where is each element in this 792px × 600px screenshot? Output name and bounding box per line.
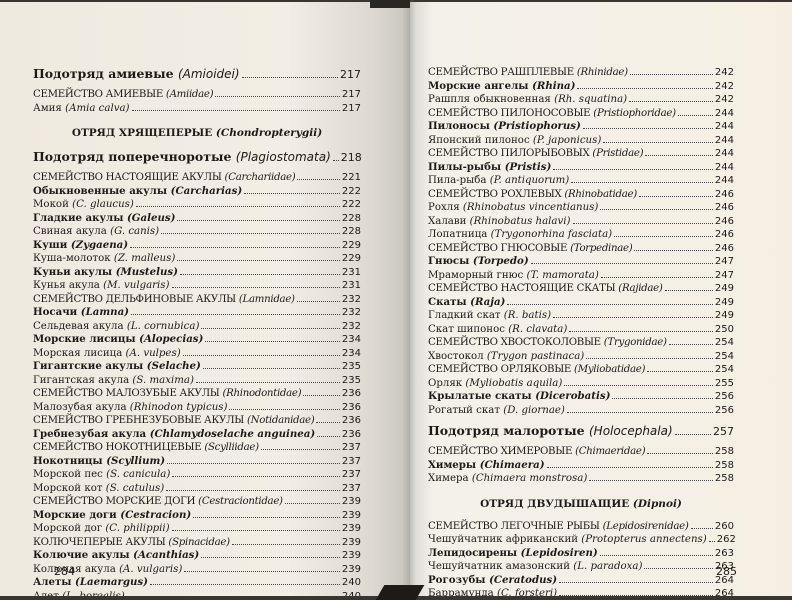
entry-page: 249	[715, 282, 734, 296]
entry-ru: СЕМЕЙСТВО РАШПЛЕВЫЕ	[428, 67, 574, 78]
entry-title: Морской пес (S. canicula)	[33, 468, 170, 482]
entry-title: Куша-молоток (Z. malleus)	[33, 252, 175, 266]
entry-ru: Морской дог	[33, 523, 102, 534]
toc-entry-genus[interactable]: Нокотницы (Scyllium)237	[33, 455, 361, 469]
entry-title: СЕМЕЙСТВО ГНЮСОВЫЕ (Torpedinae)	[428, 242, 632, 256]
entry-title: Малозубая акула (Rhinodon typicus)	[33, 401, 227, 415]
toc-entry-genus[interactable]: Морские доги (Cestracion)239	[33, 509, 361, 523]
toc-entry-genus[interactable]: Лепидосирены (Lepidosiren)263	[428, 547, 734, 561]
entry-ru: Японский пилонос	[428, 135, 530, 146]
entry-title: Чешуйчатник африканский (Protopterus ann…	[428, 533, 707, 547]
entry-ru: СЕМЕЙСТВО РОХЛЕВЫХ	[428, 189, 561, 200]
toc-entry-suborder[interactable]: Подотряд амиевые (Amioidei)217	[33, 66, 361, 83]
entry-lat: (D. giornae)	[503, 405, 565, 416]
entry-lat: (Amia calva)	[65, 103, 129, 114]
entry-ru: Морской кот	[33, 483, 102, 494]
entry-lat: (Cestracion)	[120, 509, 191, 521]
entry-lat: (Notidanidae)	[247, 415, 315, 426]
leader-dots	[232, 543, 340, 545]
entry-page: 240	[342, 590, 361, 597]
entry-lat: (Zygaena)	[71, 239, 128, 251]
leader-dots	[201, 556, 340, 558]
entry-page: 260	[715, 520, 734, 534]
entry-ru: Морской пес	[33, 469, 103, 480]
toc-entry-suborder[interactable]: Подотряд поперечноротые (Plagiostomata)2…	[33, 149, 361, 166]
entry-ru: Гладкий скат	[428, 310, 501, 321]
order-ru: ОТРЯД ХРЯЩЕПЕРЫЕ	[72, 127, 212, 139]
toc-entry-genus[interactable]: Рогозубы (Ceratodus)264	[428, 574, 734, 588]
toc-entry-genus[interactable]: Гнюсы (Torpedo)247	[428, 255, 734, 269]
entry-lat: (T. mamorata)	[526, 270, 598, 281]
entry-page: 255	[715, 377, 734, 391]
entry-ru: Алет	[33, 591, 59, 597]
toc-entry-genus[interactable]: Алеты (Laemargus)240	[33, 576, 361, 590]
page-number-left: 284	[54, 565, 75, 578]
entry-lat: (Raja)	[470, 296, 505, 308]
leader-dots	[196, 381, 340, 383]
entry-page: 235	[342, 374, 361, 388]
toc-entry-family[interactable]: СЕМЕЙСТВО ЛЕГОЧНЫЕ РЫБЫ (Lepidosirenidae…	[428, 520, 734, 534]
toc-entry-family[interactable]: СЕМЕЙСТВО НАСТОЯЩИЕ АКУЛЫ (Carchariidae)…	[33, 171, 361, 185]
toc-entry-species[interactable]: Мраморный гнюс (T. mamorata)247	[428, 269, 734, 283]
toc-entry-species[interactable]: Японский пилонос (P. japonicus)244	[428, 134, 734, 148]
leader-dots	[317, 435, 340, 437]
entry-title: Подотряд малоротые (Holocephala)	[428, 423, 673, 439]
entry-title: СЕМЕЙСТВО ХИМЕРОВЫЕ (Chimaeridae)	[428, 445, 645, 459]
entry-page: 239	[342, 563, 361, 577]
toc-entry-species[interactable]: Колючая акула (A. vulgaris)239	[33, 563, 361, 577]
entry-page: 254	[715, 363, 734, 377]
entry-title: СЕМЕЙСТВО АМИЕВЫЕ (Amiidae)	[33, 88, 213, 102]
leader-dots	[564, 384, 713, 386]
entry-ru: Мраморный гнюс	[428, 270, 523, 281]
toc-entry-genus[interactable]: Обыкновенные акулы (Carcharias)222	[33, 185, 361, 199]
entry-page: 229	[342, 252, 361, 266]
toc-entry-genus[interactable]: Морские лисицы (Alopecias)234	[33, 333, 361, 347]
leader-dots	[205, 340, 340, 342]
entry-lat: (Mustelus)	[116, 266, 178, 278]
entry-page: 218	[341, 150, 362, 166]
toc-entry-suborder[interactable]: Подотряд малоротые (Holocephala)257	[428, 423, 734, 440]
toc-entry-genus[interactable]: Скаты (Raja)249	[428, 296, 734, 310]
toc-entry-family[interactable]: СЕМЕЙСТВО МОРСКИЕ ДОГИ (Cestraciontidae)…	[33, 495, 361, 509]
entry-page: 221	[342, 171, 361, 185]
toc-entry-family[interactable]: СЕМЕЙСТВО ХВОСТОКОЛОВЫЕ (Trygonidae)254	[428, 336, 734, 350]
leader-dots	[172, 529, 340, 531]
leader-dots	[675, 433, 711, 435]
entry-ru: Гребнезубая акула	[33, 428, 146, 440]
entry-title: Чешуйчатник амазонский (L. paradoxa)	[428, 560, 642, 574]
entry-title: СЕМЕЙСТВО НАСТОЯЩИЕ СКАТЫ (Rajidae)	[428, 282, 663, 296]
entry-title: Пилоносы (Pristiophorus)	[428, 120, 581, 134]
entry-page: 239	[342, 522, 361, 536]
toc-entry-species[interactable]: Амия (Amia calva)217	[33, 102, 361, 116]
entry-ru: СЕМЕЙСТВО ГРЕБНЕЗУБОВЫЕ АКУЛЫ	[33, 415, 244, 426]
toc-entry-species[interactable]: Морской кот (S. catulus)237	[33, 482, 361, 496]
toc-entry-genus[interactable]: Крылатые скаты (Dicerobatis)256	[428, 390, 734, 404]
entry-title: Гладкий скат (R. batis)	[428, 309, 551, 323]
entry-ru: Морские ангелы	[428, 80, 529, 92]
leader-dots	[630, 73, 713, 75]
entry-ru: Крылатые скаты	[428, 390, 532, 402]
leader-dots	[665, 289, 713, 291]
toc-entry-species[interactable]: Гигантская акула (S. maxima)235	[33, 374, 361, 388]
toc-entry-species[interactable]: Чешуйчатник амазонский (L. paradoxa)263	[428, 560, 734, 574]
toc-entry-family[interactable]: СЕМЕЙСТВО РОХЛЕВЫХ (Rhinobatidae)246	[428, 188, 734, 202]
toc-entry-species[interactable]: Химера (Chimaera monstrosa)258	[428, 472, 734, 486]
entry-lat: (Chimaeridae)	[575, 446, 645, 457]
entry-page: 247	[715, 255, 734, 269]
leader-dots	[634, 249, 712, 251]
entry-page: 232	[342, 306, 361, 320]
entry-title: Мраморный гнюс (T. mamorata)	[428, 269, 599, 283]
entry-title: Орляк (Myliobatis aquila)	[428, 377, 562, 391]
leader-dots	[553, 168, 713, 170]
entry-lat: (G. canis)	[110, 226, 159, 237]
entry-title: Рогатый скат (D. giornae)	[428, 404, 565, 418]
toc-entry-species[interactable]: Чешуйчатник африканский (Protopterus ann…	[428, 533, 734, 547]
entry-ru: Колючие акулы	[33, 549, 130, 561]
toc-entry-species[interactable]: Рашпля обыкновенная (Rh. squatina)242	[428, 93, 734, 107]
entry-lat: (P. japonicus)	[533, 135, 601, 146]
entry-title: СЕМЕЙСТВО ДЕЛЬФИНОВЫЕ АКУЛЫ (Lamnidae)	[33, 293, 295, 307]
entry-lat: (Trygonorhina fasciata)	[491, 229, 613, 240]
toc-entry-species[interactable]: Морской дог (C. philippii)239	[33, 522, 361, 536]
entry-lat: (Galeus)	[127, 212, 175, 224]
toc-entry-species[interactable]: Орляк (Myliobatis aquila)255	[428, 377, 734, 391]
toc-order-heading: ОТРЯД ДВУДЫШАЩИЕ (Dipnoi)	[428, 498, 734, 510]
entry-page: 244	[715, 134, 734, 148]
entry-title: Морская лисица (A. vulpes)	[33, 347, 181, 361]
entry-lat: (Chlamydoselache anguinea)	[150, 428, 315, 440]
entry-title: СЕМЕЙСТВО ПИЛОНОСОВЫЕ (Pristiophoridae)	[428, 107, 676, 121]
toc-entry-species[interactable]: Сельдевая акула (L. cornubica)232	[33, 320, 361, 334]
entry-page: 247	[715, 269, 734, 283]
entry-page: 217	[342, 102, 361, 116]
leader-dots	[180, 273, 340, 275]
entry-ru: СЕМЕЙСТВО ХВОСТОКОЛОВЫЕ	[428, 337, 601, 348]
leader-dots	[184, 570, 340, 572]
entry-page: 234	[342, 333, 361, 347]
entry-ru: Пилоносы	[428, 120, 490, 132]
toc-entry-species[interactable]: Куша-молоток (Z. malleus)229	[33, 252, 361, 266]
toc-entry-species[interactable]: Лопатница (Trygonorhina fasciata)246	[428, 228, 734, 242]
toc-entry-genus[interactable]: Пилоносы (Pristiophorus)244	[428, 120, 734, 134]
entry-title: Лепидосирены (Lepidosiren)	[428, 547, 598, 561]
entry-lat: (Amioidei)	[178, 67, 240, 81]
entry-lat: (Lepidosiren)	[521, 547, 598, 559]
toc-entry-genus[interactable]: Гребнезубая акула (Chlamydoselache angui…	[33, 428, 361, 442]
entry-title: Пилы-рыбы (Pristis)	[428, 161, 551, 175]
entry-title: Гребнезубая акула (Chlamydoselache angui…	[33, 428, 315, 442]
entry-title: Халави (Rhinobatus halavi)	[428, 215, 571, 229]
toc-entry-species[interactable]: Кунья акула (M. vulgaris)231	[33, 279, 361, 293]
toc-entry-species[interactable]: Рохля (Rhinobatus vincentianus)246	[428, 201, 734, 215]
entry-ru: СЕМЕЙСТВО ПИЛОРЫБОВЫХ	[428, 148, 589, 159]
leader-dots	[297, 178, 340, 180]
entry-ru: СЕМЕЙСТВО НАСТОЯЩИЕ АКУЛЫ	[33, 172, 222, 183]
leader-dots	[614, 235, 713, 237]
entry-lat: (Myliobatidae)	[574, 364, 645, 375]
entry-ru: СЕМЕЙСТВО НОКОТНИЦЕВЫЕ	[33, 442, 201, 453]
entry-lat: (Pristidae)	[592, 148, 643, 159]
entry-page: 244	[715, 147, 734, 161]
leader-dots	[589, 479, 713, 481]
toc-entry-species[interactable]: Халави (Rhinobatus halavi)246	[428, 215, 734, 229]
entry-lat: (S. maxima)	[132, 375, 194, 386]
toc-entry-genus[interactable]: Морские ангелы (Rhina)242	[428, 80, 734, 94]
toc-entry-genus[interactable]: Носачи (Lamna)232	[33, 306, 361, 320]
toc-entry-species[interactable]: Мокой (C. glaucus)222	[33, 198, 361, 212]
leader-dots	[583, 127, 713, 129]
toc-entry-family[interactable]: СЕМЕЙСТВО ХИМЕРОВЫЕ (Chimaeridae)258	[428, 445, 734, 459]
entry-title: СЕМЕЙСТВО РОХЛЕВЫХ (Rhinobatidae)	[428, 188, 637, 202]
entry-ru: Лопатница	[428, 229, 487, 240]
toc-entry-species[interactable]: Баррамунда (C. forsteri)264	[428, 587, 734, 596]
entry-lat: (Spinacidae)	[168, 537, 229, 548]
entry-title: СЕМЕЙСТВО ЛЕГОЧНЫЕ РЫБЫ (Lepidosirenidae…	[428, 520, 689, 534]
toc-entry-species[interactable]: Малозубая акула (Rhinodon typicus)236	[33, 401, 361, 415]
entry-lat: (Rhinobatus halavi)	[470, 216, 571, 227]
entry-title: Хвостокол (Trygon pastinaca)	[428, 350, 584, 364]
leader-dots	[559, 581, 713, 583]
entry-page: 249	[715, 309, 734, 323]
entry-lat: (R. clavata)	[508, 324, 567, 335]
entry-ru: СЕМЕЙСТВО МАЛОЗУБЫЕ АКУЛЫ	[33, 388, 220, 399]
toc-entry-genus[interactable]: Химеры (Chimaera)258	[428, 459, 734, 473]
toc-entry-family[interactable]: СЕМЕЙСТВО ОРЛЯКОВЫЕ (Myliobatidae)254	[428, 363, 734, 377]
entry-ru: Чешуйчатник амазонский	[428, 561, 570, 572]
entry-title: Рохля (Rhinobatus vincentianus)	[428, 201, 598, 215]
entry-lat: (P. antiquorum)	[490, 175, 570, 186]
entry-lat: (Torpedo)	[473, 255, 529, 267]
book-spine-top	[370, 0, 410, 8]
entry-lat: (Selache)	[147, 360, 201, 372]
right-page: СЕМЕЙСТВО РАШПЛЕВЫЕ (Rhinidae)242Морские…	[410, 2, 792, 596]
entry-lat: (Laemargus)	[75, 576, 148, 588]
entry-lat: (Carchariidae)	[225, 172, 296, 183]
entry-title: СЕМЕЙСТВО РАШПЛЕВЫЕ (Rhinidae)	[428, 66, 628, 80]
toc-entry-genus[interactable]: Гигантские акулы (Selache)235	[33, 360, 361, 374]
entry-ru: Чешуйчатник африканский	[428, 534, 578, 545]
entry-title: СЕМЕЙСТВО НОКОТНИЦЕВЫЕ (Scylliidae)	[33, 441, 259, 455]
leader-dots	[150, 583, 340, 585]
entry-page: 236	[342, 387, 361, 401]
entry-title: Скат шипонос (R. clavata)	[428, 323, 567, 337]
entry-page: 249	[715, 296, 734, 310]
entry-ru: Скат шипонос	[428, 324, 505, 335]
entry-lat: (Trygon pastinaca)	[487, 351, 584, 362]
entry-ru: СЕМЕЙСТВО ПИЛОНОСОВЫЕ	[428, 108, 590, 119]
leader-dots	[569, 330, 713, 332]
order-ru: ОТРЯД ДВУДЫШАЩИЕ	[480, 498, 629, 510]
entry-title: СЕМЕЙСТВО ПИЛОРЫБОВЫХ (Pristidae)	[428, 147, 643, 161]
entry-page: 228	[342, 212, 361, 226]
entry-ru: СЕМЕЙСТВО ЛЕГОЧНЫЕ РЫБЫ	[428, 521, 600, 532]
entry-lat: (Lamna)	[81, 306, 129, 318]
toc-entry-species[interactable]: Алет (L. borealis)240	[33, 590, 361, 597]
entry-lat: (Plagiostomata)	[236, 150, 331, 164]
entry-lat: (Rhinodontidae)	[222, 388, 301, 399]
toc-entry-family[interactable]: СЕМЕЙСТВО ГРЕБНЕЗУБОВЫЕ АКУЛЫ (Notidanid…	[33, 414, 361, 428]
leader-dots	[547, 466, 713, 468]
leader-dots	[629, 100, 713, 102]
entry-page: 246	[715, 228, 734, 242]
toc-entry-species[interactable]: Гладкий скат (R. batis)249	[428, 309, 734, 323]
toc-entry-family[interactable]: СЕМЕЙСТВО МАЛОЗУБЫЕ АКУЛЫ (Rhinodontidae…	[33, 387, 361, 401]
entry-page: 217	[340, 67, 361, 83]
entry-title: СЕМЕЙСТВО ХВОСТОКОЛОВЫЕ (Trygonidae)	[428, 336, 667, 350]
toc-entry-family[interactable]: СЕМЕЙСТВО НАСТОЯЩИЕ СКАТЫ (Rajidae)249	[428, 282, 734, 296]
leader-dots	[644, 567, 712, 569]
toc-entry-genus[interactable]: Куньи акулы (Mustelus)231	[33, 266, 361, 280]
entry-lat: (Cestraciontidae)	[198, 496, 283, 507]
entry-page: 217	[342, 88, 361, 102]
toc-entry-species[interactable]: Пила-рыба (P. antiquorum)244	[428, 174, 734, 188]
entry-page: 258	[715, 445, 734, 459]
entry-page: 235	[342, 360, 361, 374]
entry-page: 262	[717, 533, 736, 547]
entry-lat: (Scyllium)	[106, 455, 165, 467]
toc-left: Подотряд амиевые (Amioidei)217СЕМЕЙСТВО …	[33, 60, 361, 596]
leader-dots	[285, 502, 340, 504]
entry-page: 236	[342, 414, 361, 428]
toc-entry-family[interactable]: СЕМЕЙСТВО НОКОТНИЦЕВЫЕ (Scylliidae)237	[33, 441, 361, 455]
entry-page: 256	[715, 390, 734, 404]
entry-page: 242	[715, 93, 734, 107]
toc-entry-family[interactable]: КОЛЮЧЕПЕРЫЕ АКУЛЫ (Spinacidae)239	[33, 536, 361, 550]
toc-entry-family[interactable]: СЕМЕЙСТВО ПИЛОРЫБОВЫХ (Pristidae)244	[428, 147, 734, 161]
entry-title: СЕМЕЙСТВО НАСТОЯЩИЕ АКУЛЫ (Carchariidae)	[33, 171, 295, 185]
entry-ru: Лепидосирены	[428, 547, 517, 559]
entry-page: 231	[342, 266, 361, 280]
entry-title: Мокой (C. glaucus)	[33, 198, 134, 212]
entry-title: Сельдевая акула (L. cornubica)	[33, 320, 199, 334]
toc-order-heading: ОТРЯД ХРЯЩЕПЕРЫЕ (Chondropterygii)	[33, 127, 361, 139]
toc-entry-species[interactable]: Свиная акула (G. canis)228	[33, 225, 361, 239]
toc-entry-species[interactable]: Морской пес (S. canicula)237	[33, 468, 361, 482]
toc-entry-genus[interactable]: Колючие акулы (Acanthias)239	[33, 549, 361, 563]
leader-dots	[242, 76, 338, 78]
entry-lat: (Scylliidae)	[204, 442, 258, 453]
leader-dots	[333, 159, 339, 161]
leader-dots	[571, 181, 713, 183]
entry-page: 258	[715, 459, 734, 473]
toc-entry-family[interactable]: СЕМЕЙСТВО РАШПЛЕВЫЕ (Rhinidae)242	[428, 66, 734, 80]
leader-dots	[691, 527, 713, 529]
entry-page: 246	[715, 201, 734, 215]
entry-ru: Рогозубы	[428, 574, 486, 586]
entry-title: Скаты (Raja)	[428, 296, 505, 310]
entry-lat: (Rhinodon typicus)	[130, 402, 228, 413]
entry-title: Кунья акула (M. vulgaris)	[33, 279, 170, 293]
entry-ru: Рогатый скат	[428, 405, 500, 416]
entry-page: 257	[713, 424, 734, 440]
leader-dots	[161, 232, 340, 234]
entry-page: 240	[342, 576, 361, 590]
leader-dots	[600, 554, 713, 556]
entry-page: 264	[715, 587, 734, 596]
entry-page: 237	[342, 482, 361, 496]
toc-entry-species[interactable]: Хвостокол (Trygon pastinaca)254	[428, 350, 734, 364]
entry-ru: Куша-молоток	[33, 253, 111, 264]
entry-lat: (R. batis)	[504, 310, 551, 321]
leader-dots	[177, 219, 339, 221]
entry-lat: (Protopterus annectens)	[581, 534, 706, 545]
entry-ru: Химеры	[428, 459, 476, 471]
entry-page: 222	[342, 185, 361, 199]
entry-title: Морской дог (C. philippii)	[33, 522, 170, 536]
entry-title: Химера (Chimaera monstrosa)	[428, 472, 587, 486]
entry-title: Гигантская акула (S. maxima)	[33, 374, 194, 388]
entry-lat: (Rhina)	[532, 80, 575, 92]
leader-dots	[201, 327, 339, 329]
toc-entry-genus[interactable]: Пилы-рыбы (Pristis)244	[428, 161, 734, 175]
toc-entry-species[interactable]: Морская лисица (A. vulpes)234	[33, 347, 361, 361]
toc-entry-family[interactable]: СЕМЕЙСТВО ГНЮСОВЫЕ (Torpedinae)246	[428, 242, 734, 256]
toc-entry-family[interactable]: СЕМЕЙСТВО АМИЕВЫЕ (Amiidae)217	[33, 88, 361, 102]
leader-dots	[567, 411, 713, 413]
leader-dots	[577, 87, 712, 89]
entry-ru: Химера	[428, 473, 469, 484]
toc-entry-genus[interactable]: Куши (Zygaena)229	[33, 239, 361, 253]
entry-ru: Морские доги	[33, 509, 117, 521]
leader-dots	[647, 370, 713, 372]
entry-title: Рогозубы (Ceratodus)	[428, 574, 557, 588]
entry-title: Морской кот (S. catulus)	[33, 482, 164, 496]
entry-title: Морские лисицы (Alopecias)	[33, 333, 203, 347]
entry-title: Амия (Amia calva)	[33, 102, 130, 116]
entry-title: Рашпля обыкновенная (Rh. squatina)	[428, 93, 627, 107]
entry-title: Куши (Zygaena)	[33, 239, 128, 253]
entry-ru: Малозубая акула	[33, 402, 127, 413]
entry-lat: (Rhinobatidae)	[564, 189, 637, 200]
entry-lat: (Ceratodus)	[489, 574, 557, 586]
order-lat: (Dipnoi)	[633, 498, 682, 510]
entry-page: 254	[715, 336, 734, 350]
leader-dots	[167, 462, 340, 464]
entry-page: 231	[342, 279, 361, 293]
entry-page: 242	[715, 66, 734, 80]
entry-lat: (S. canicula)	[106, 469, 170, 480]
left-page: Подотряд амиевые (Amioidei)217СЕМЕЙСТВО …	[0, 2, 410, 596]
entry-ru: Нокотницы	[33, 455, 103, 467]
entry-ru: СЕМЕЙСТВО ДЕЛЬФИНОВЫЕ АКУЛЫ	[33, 294, 236, 305]
toc-entry-genus[interactable]: Гладкие акулы (Galeus)228	[33, 212, 361, 226]
toc-entry-species[interactable]: Скат шипонос (R. clavata)250	[428, 323, 734, 337]
entry-ru: Мокой	[33, 199, 69, 210]
entry-lat: (Rhinobatus vincentianus)	[463, 202, 599, 213]
leader-dots	[193, 516, 340, 518]
entry-lat: (Trygonidae)	[604, 337, 667, 348]
leader-dots	[669, 343, 713, 345]
entry-page: 246	[715, 242, 734, 256]
entry-title: Морские ангелы (Rhina)	[428, 80, 575, 94]
toc-entry-family[interactable]: СЕМЕЙСТВО ПИЛОНОСОВЫЕ (Pristiophoridae)2…	[428, 107, 734, 121]
entry-title: Пила-рыба (P. antiquorum)	[428, 174, 569, 188]
toc-entry-family[interactable]: СЕМЕЙСТВО ДЕЛЬФИНОВЫЕ АКУЛЫ (Lamnidae)23…	[33, 293, 361, 307]
entry-lat: (Rajidae)	[618, 283, 662, 294]
entry-title: Гнюсы (Torpedo)	[428, 255, 529, 269]
entry-page: 239	[342, 549, 361, 563]
leader-dots	[645, 154, 713, 156]
leader-dots	[603, 141, 713, 143]
entry-ru: Баррамунда	[428, 588, 494, 596]
entry-title: Подотряд поперечноротые (Plagiostomata)	[33, 149, 331, 165]
entry-lat: (Carcharias)	[171, 185, 243, 197]
toc-entry-species[interactable]: Рогатый скат (D. giornae)256	[428, 404, 734, 418]
entry-lat: (C. glaucus)	[72, 199, 134, 210]
